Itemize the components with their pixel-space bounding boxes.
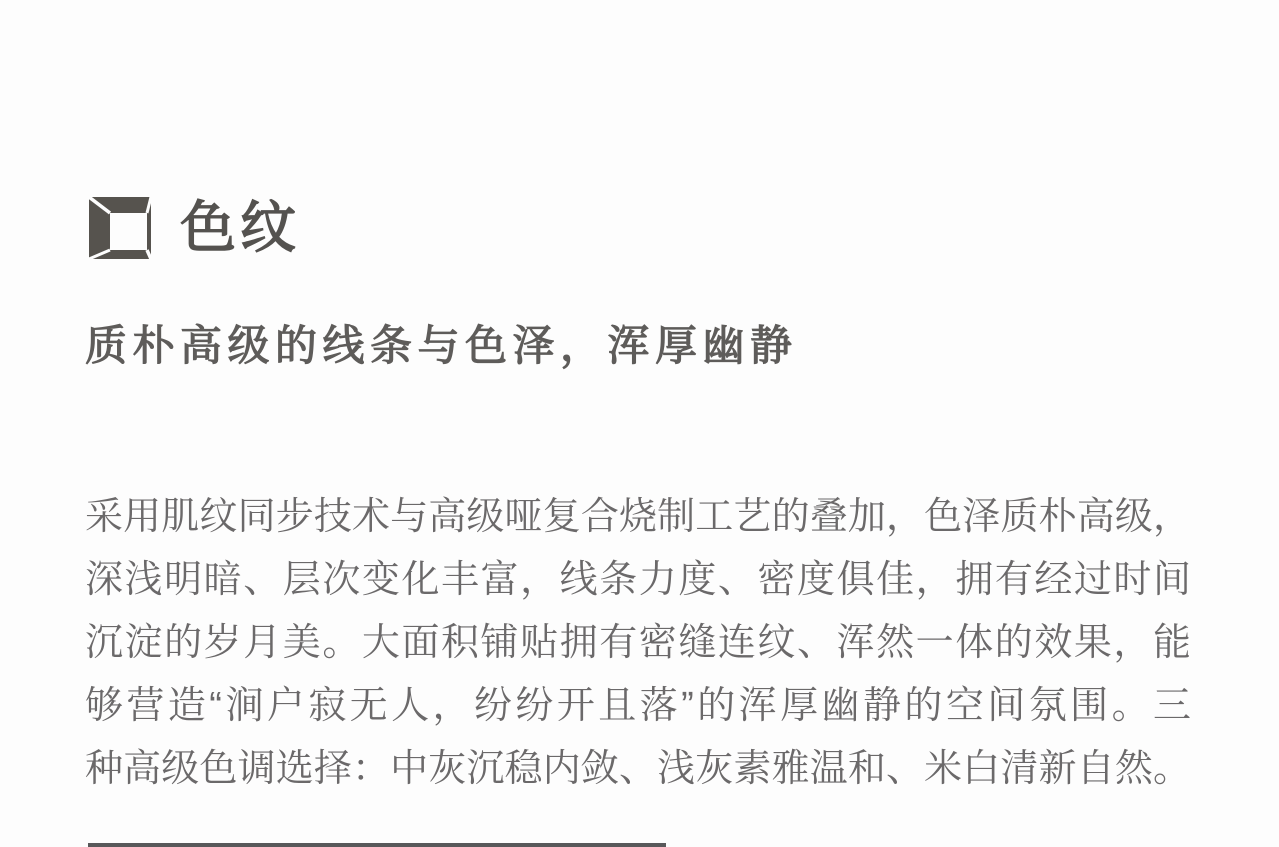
tile-frame-icon — [88, 196, 152, 260]
section-subtitle: 质朴高级的线条与色泽，浑厚幽静 — [85, 318, 798, 374]
section-header: 色纹 — [88, 196, 300, 260]
section-title: 色纹 — [180, 196, 300, 260]
body-paragraph: 采用肌纹同步技术与高级哑复合烧制工艺的叠加，色泽质朴高级， 深浅明暗、层次变化丰… — [85, 486, 1191, 801]
product-feature-page: 色纹 质朴高级的线条与色泽，浑厚幽静 采用肌纹同步技术与高级哑复合烧制工艺的叠加… — [0, 0, 1279, 847]
body-paragraph-line: 采用肌纹同步技术与高级哑复合烧制工艺的叠加，色泽质朴高级， — [85, 486, 1191, 549]
cropped-next-section-edge — [88, 843, 666, 847]
body-paragraph-line: 种高级色调选择：中灰沉稳内敛、浅灰素雅温和、米白清新自然。 — [85, 738, 1191, 801]
body-paragraph-line: 沉淀的岁月美。大面积铺贴拥有密缝连纹、浑然一体的效果，能 — [85, 612, 1191, 675]
body-paragraph-line: 够营造“涧户寂无人，纷纷开且落”的浑厚幽静的空间氛围。三 — [85, 675, 1191, 738]
body-paragraph-line: 深浅明暗、层次变化丰富，线条力度、密度俱佳，拥有经过时间 — [85, 549, 1191, 612]
